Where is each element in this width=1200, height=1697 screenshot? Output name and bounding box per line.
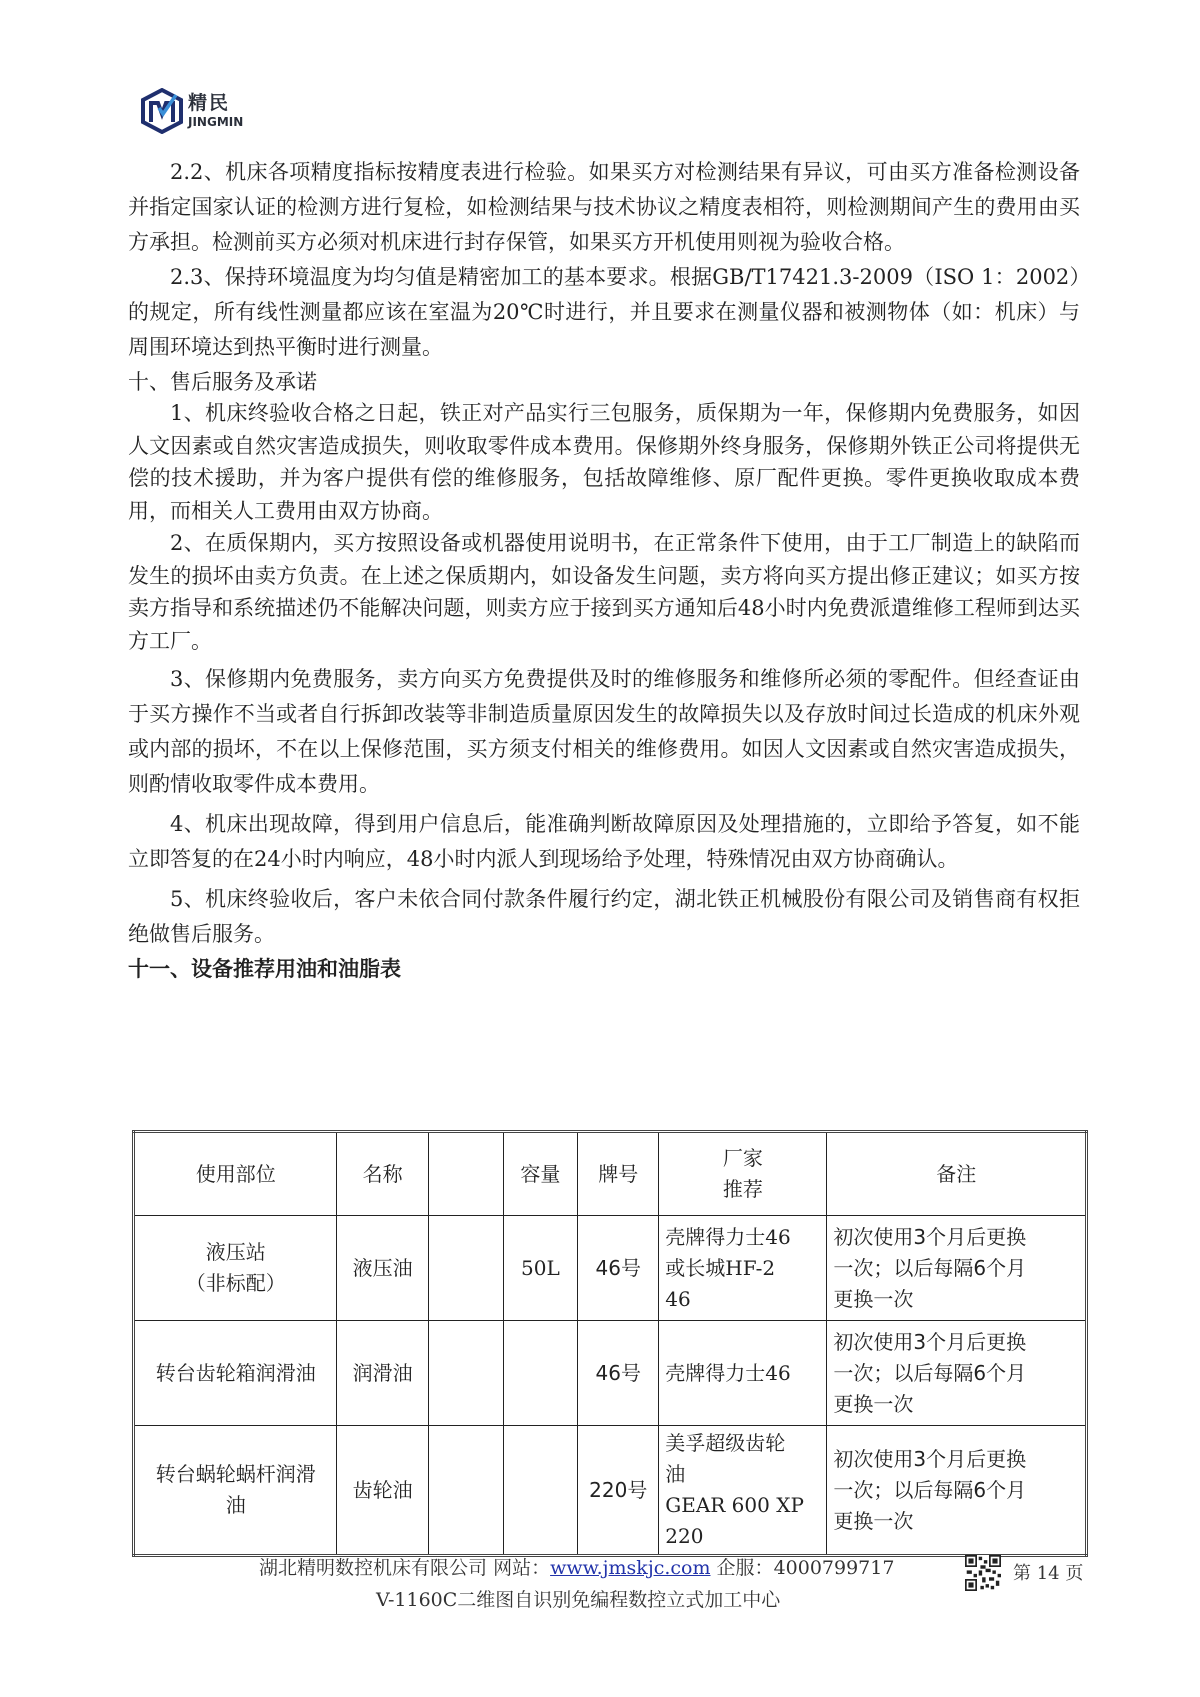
document-body: 2.2、机床各项精度指标按精度表进行检验。如果买方对检测结果有异议，可由买方准备… <box>128 155 1080 984</box>
footer-product-name: V-1160C二维图自识别免编程数控立式加工中心 <box>376 1585 780 1612</box>
cell-capacity <box>503 1321 578 1426</box>
cell-note: 初次使用3个月后更换 一次；以后每隔6个月 更换一次 <box>827 1321 1087 1426</box>
table-row: 液压站 （非标配） 液压油 50L 46号 壳牌得力士46 或长城HF-2 46… <box>134 1216 1087 1321</box>
cell-name: 齿轮油 <box>337 1426 428 1556</box>
cell-part: 转台齿轮箱润滑油 <box>134 1321 337 1426</box>
cell-capacity: 50L <box>503 1216 578 1321</box>
section-10-item-4: 4、机床出现故障，得到用户信息后，能准确判断故障原因及处理措施的，立即给予答复，… <box>128 807 1080 877</box>
cell-part: 转台蜗轮蜗杆润滑 油 <box>134 1426 337 1556</box>
cell-maker: 美孚超级齿轮 油 GEAR 600 XP 220 <box>659 1426 827 1556</box>
header-name: 名称 <box>337 1132 428 1216</box>
header-maker: 厂家 推荐 <box>659 1132 827 1216</box>
header-note: 备注 <box>827 1132 1087 1216</box>
table-row: 转台齿轮箱润滑油 润滑油 46号 壳牌得力士46 初次使用3个月后更换 一次；以… <box>134 1321 1087 1426</box>
section-10-item-5: 5、机床终验收后，客户未依合同付款条件履行约定，湖北铁正机械股份有限公司及销售商… <box>128 882 1080 952</box>
footer-service-label: 企服： <box>717 1557 774 1579</box>
qr-code-icon <box>965 1555 1001 1591</box>
footer-contact-line: 湖北精明数控机床有限公司 网站：www.jmskjc.com 企服：400079… <box>259 1553 894 1580</box>
cell-name: 液压油 <box>337 1216 428 1321</box>
cell-note: 初次使用3个月后更换 一次；以后每隔6个月 更换一次 <box>827 1426 1087 1556</box>
header-capacity: 容量 <box>503 1132 578 1216</box>
cell-grade: 46号 <box>578 1216 659 1321</box>
cell-capacity <box>503 1426 578 1556</box>
table-row: 转台蜗轮蜗杆润滑 油 齿轮油 220号 美孚超级齿轮 油 GEAR 600 XP… <box>134 1426 1087 1556</box>
cell-blank <box>428 1321 503 1426</box>
cell-maker: 壳牌得力士46 或长城HF-2 46 <box>659 1216 827 1321</box>
cell-maker: 壳牌得力士46 <box>659 1321 827 1426</box>
cell-blank <box>428 1426 503 1556</box>
table-header-row: 使用部位 名称 容量 牌号 厂家 推荐 备注 <box>134 1132 1087 1216</box>
section-10-item-2: 2、在质保期内，买方按照设备或机器使用说明书，在正常条件下使用，由于工厂制造上的… <box>128 527 1080 657</box>
cell-name: 润滑油 <box>337 1321 428 1426</box>
logo-english-text: JINGMIN <box>188 116 243 128</box>
logo-chinese-text: 精民 <box>188 94 243 113</box>
cell-grade: 220号 <box>578 1426 659 1556</box>
header-part: 使用部位 <box>134 1132 337 1216</box>
paragraph-2-2: 2.2、机床各项精度指标按精度表进行检验。如果买方对检测结果有异议，可由买方准备… <box>128 155 1080 260</box>
cell-blank <box>428 1216 503 1321</box>
jingmin-logo-icon <box>140 88 184 134</box>
oil-grease-table: 使用部位 名称 容量 牌号 厂家 推荐 备注 液压站 （非标配） 液压油 50L… <box>132 1130 1088 1557</box>
page-number: 第 14 页 <box>1013 1559 1083 1585</box>
section-10-item-3: 3、保修期内免费服务，卖方向买方免费提供及时的维修服务和维修所必须的零配件。但经… <box>128 662 1080 802</box>
cell-part: 液压站 （非标配） <box>134 1216 337 1321</box>
company-logo: 精民 JINGMIN <box>140 88 290 134</box>
footer-company: 湖北精明数控机床有限公司 <box>259 1557 487 1579</box>
header-grade: 牌号 <box>578 1132 659 1216</box>
paragraph-2-3: 2.3、保持环境温度为均匀值是精密加工的基本要求。根据GB/T17421.3-2… <box>128 260 1080 365</box>
cell-grade: 46号 <box>578 1321 659 1426</box>
section-11-title: 十一、设备推荐用油和油脂表 <box>128 954 1080 984</box>
footer-website-label: 网站： <box>493 1557 550 1579</box>
footer-website-link[interactable]: www.jmskjc.com <box>550 1557 710 1579</box>
footer-service-phone: 4000799717 <box>774 1557 895 1579</box>
header-blank <box>428 1132 503 1216</box>
section-10-item-1: 1、机床终验收合格之日起，铁正对产品实行三包服务，质保期为一年，保修期内免费服务… <box>128 397 1080 527</box>
section-10-title: 十、售后服务及承诺 <box>128 367 1080 397</box>
cell-note: 初次使用3个月后更换 一次；以后每隔6个月 更换一次 <box>827 1216 1087 1321</box>
